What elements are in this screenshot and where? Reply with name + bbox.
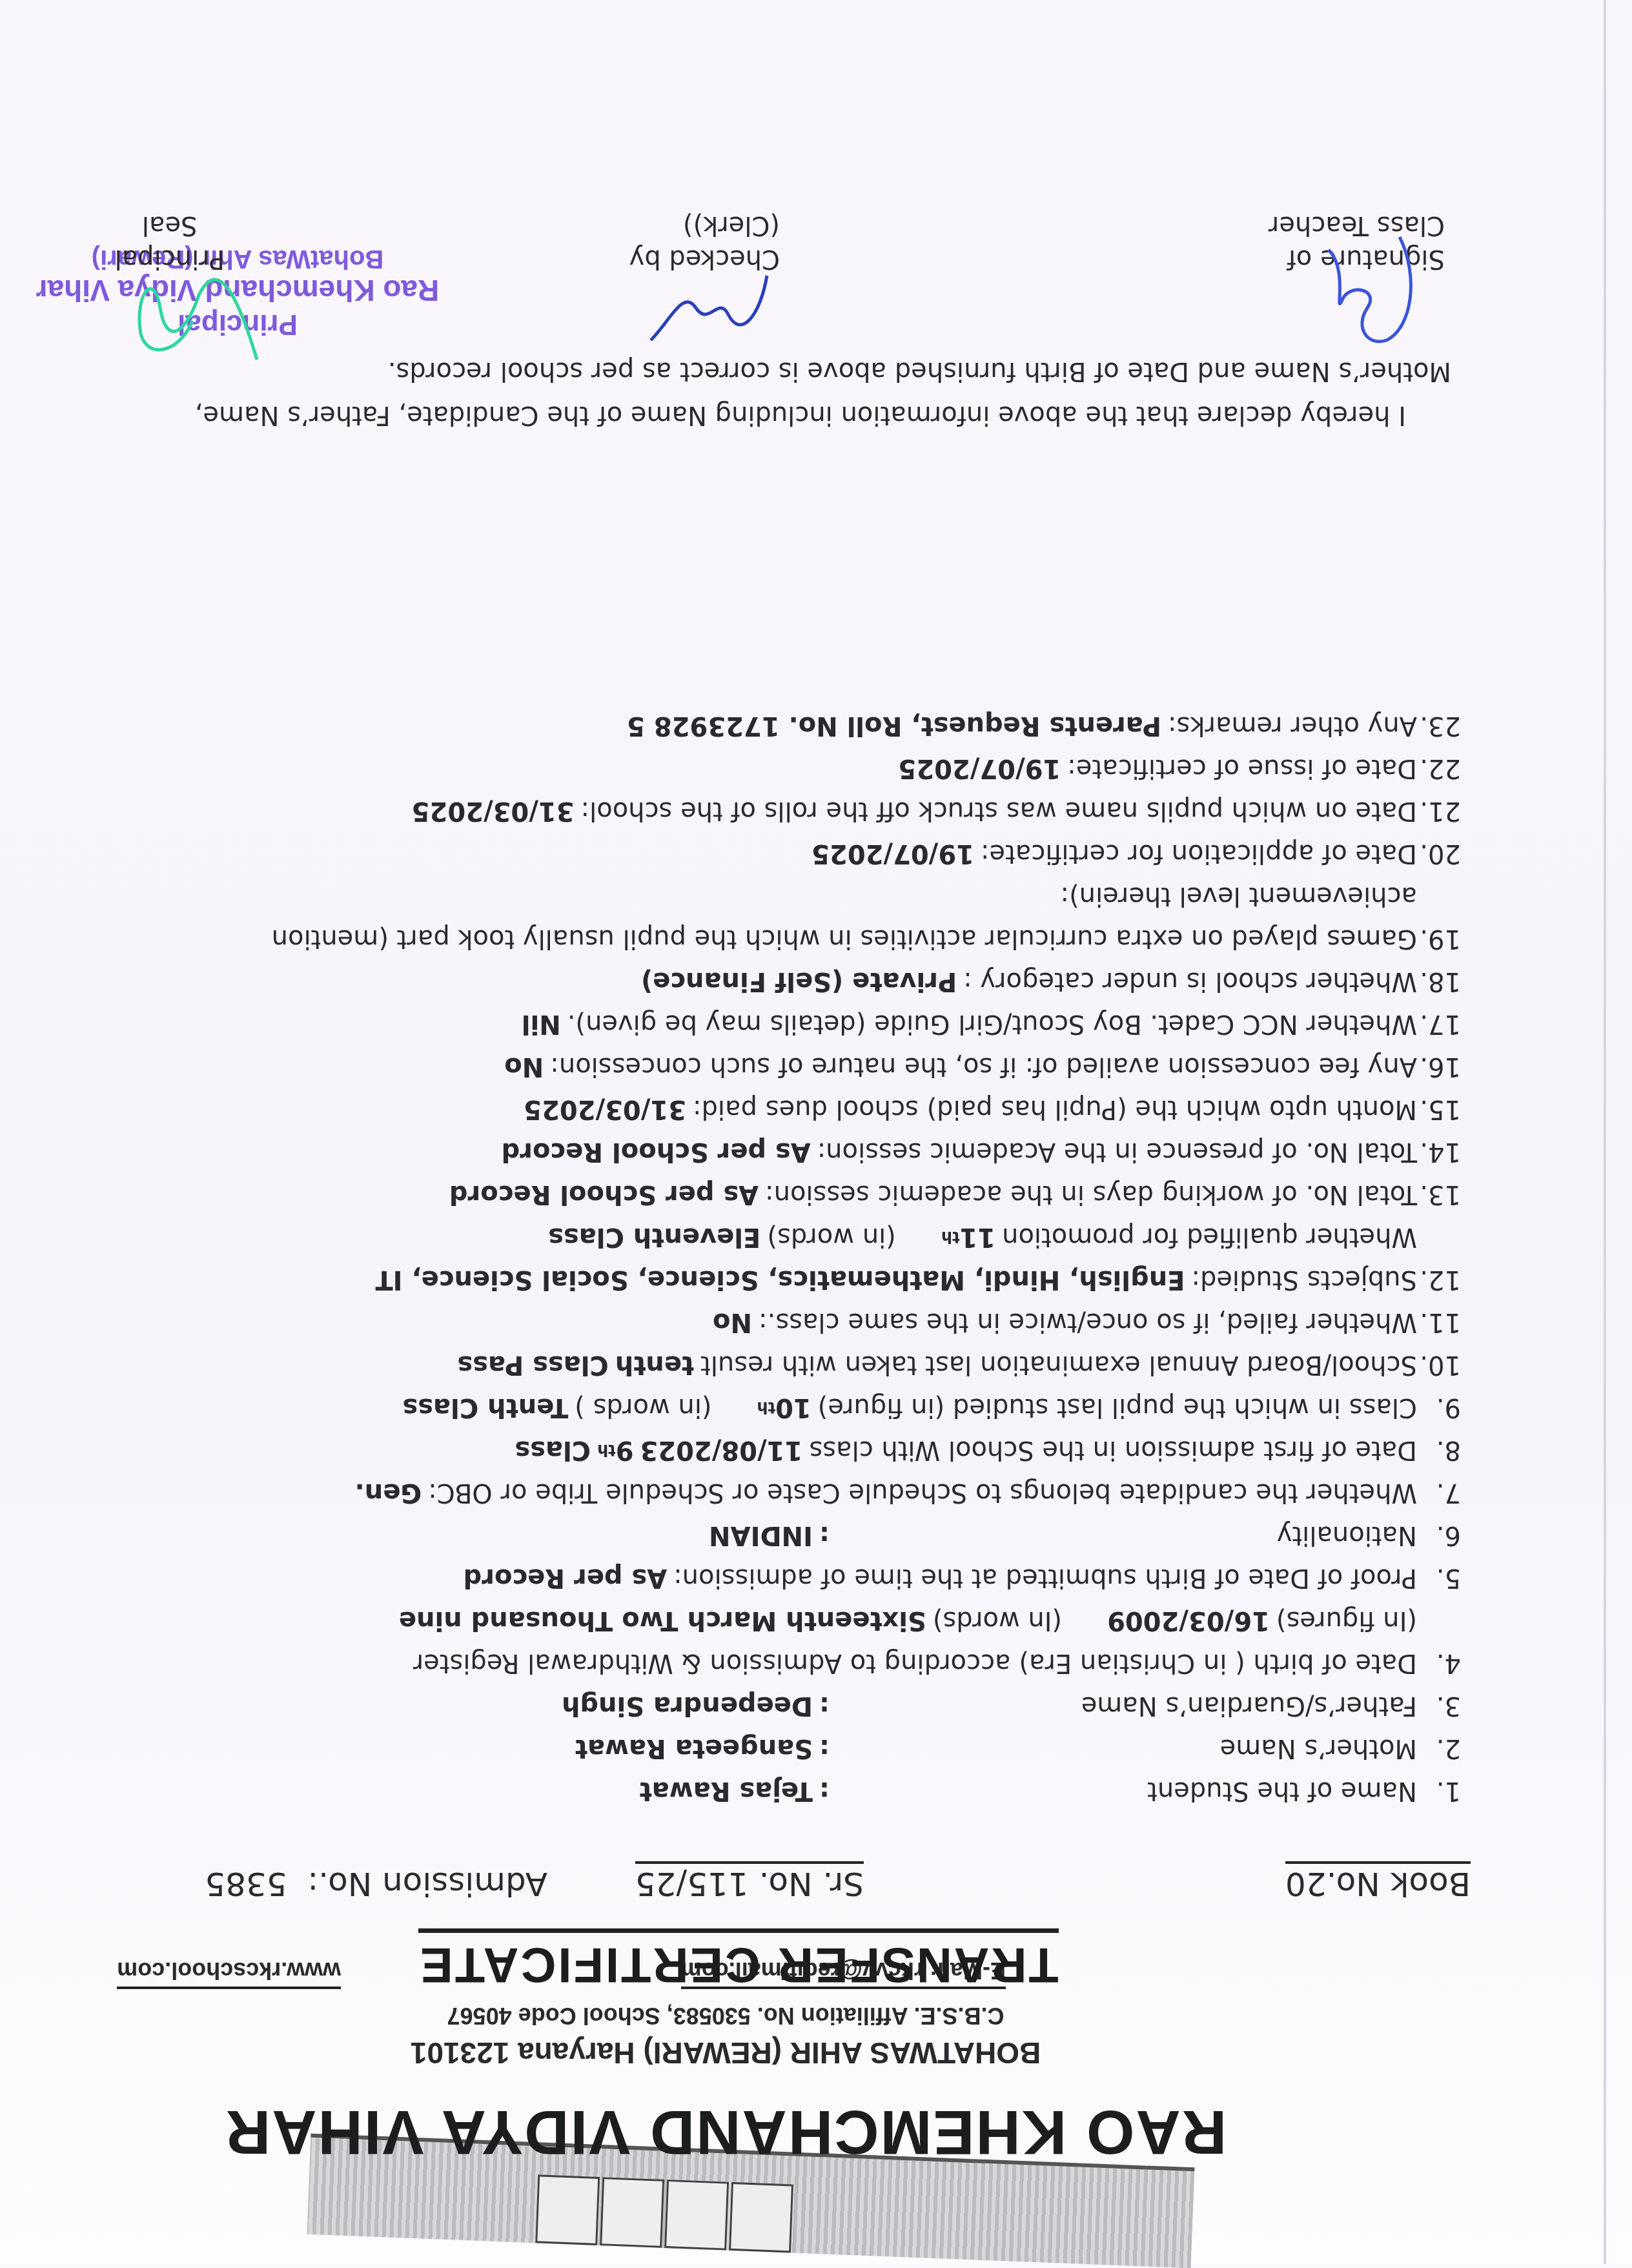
field-number: 6.: [1417, 1522, 1461, 1548]
field-number: 5.: [1417, 1565, 1461, 1591]
field-label: Date of birth ( in Christian Era) accord…: [413, 1650, 1417, 1676]
field-value: Sangeeta Rawat: [575, 1735, 813, 1761]
field-value: INDIAN: [709, 1522, 813, 1548]
field-label: Subjects Studied:: [1192, 1267, 1418, 1292]
field-colon: :: [819, 1735, 830, 1761]
field-colon: :: [819, 1778, 830, 1804]
field-label-secondary: (in words): [767, 1224, 896, 1250]
field-label: Mother’s Name: [836, 1735, 1417, 1761]
field-number: 1.: [1417, 1778, 1461, 1804]
field-number: 20.: [1417, 841, 1461, 866]
field-number: 10.: [1417, 1352, 1461, 1378]
field-row: 3.Father’s/Guardian’s Name:Deependra Sin…: [157, 1684, 1461, 1727]
field-value: As per School Record: [502, 1139, 811, 1165]
field-row: 17.Whether NCC Cadet. Boy Scout/Girl Gui…: [157, 1003, 1461, 1045]
field-row: Whether qualified for promotion11th(in w…: [157, 1216, 1461, 1258]
field-label: Total No. of presence in the Academic se…: [817, 1139, 1417, 1165]
certificate-title: TRANSFER CERTIFICATE: [0, 1928, 1632, 1993]
field-value: No: [713, 1309, 752, 1335]
field-row: 11.Whether failed, if so once/twice in t…: [157, 1301, 1461, 1343]
field-number: 13.: [1417, 1181, 1461, 1207]
field-row: 5.Proof of Date of Birth submitted at th…: [157, 1557, 1461, 1599]
field-value: As per Record: [464, 1565, 668, 1591]
school-address: BOHATWAS AHIR (REWARI) Haryana 123101: [0, 2036, 1451, 2070]
field-label: Whether school is under category :: [963, 968, 1417, 994]
field-row: 2.Mother’s Name:Sangeeta Rawat: [157, 1727, 1461, 1770]
field-label: Father’s/Guardian’s Name: [836, 1693, 1417, 1719]
field-value: tenth: [615, 1352, 694, 1378]
field-number: 17.: [1417, 1011, 1461, 1037]
field-number: 16.: [1417, 1054, 1461, 1079]
field-superscript: th: [941, 1228, 960, 1246]
field-number: 14.: [1417, 1139, 1461, 1165]
field-colon: :: [819, 1522, 830, 1548]
field-value: 10: [775, 1395, 811, 1420]
field-number: 4.: [1417, 1650, 1461, 1676]
field-number: 2.: [1417, 1735, 1461, 1761]
field-value-secondary: Sixteenth March Two Thousand nine: [399, 1608, 926, 1633]
field-value: 16/03/2009: [1107, 1608, 1270, 1633]
field-value: Deependra Singh: [562, 1693, 813, 1719]
field-value-tertiary: Class: [515, 1437, 591, 1463]
field-superscript: th: [597, 1441, 616, 1459]
principal-handwritten-signature: [121, 243, 276, 373]
field-row: 16.Any fee concession availed of: if so,…: [157, 1045, 1461, 1088]
field-number: 15.: [1417, 1096, 1461, 1122]
field-value-secondary: Eleventh Class: [548, 1224, 760, 1250]
field-value: 19/07/2025: [898, 755, 1061, 781]
field-label: achievement level therein):: [1061, 883, 1417, 909]
field-label: Whether failed, if so once/twice in the …: [759, 1309, 1417, 1335]
field-row: 14.Total No. of presence in the Academic…: [157, 1130, 1461, 1173]
field-label: Whether the candidate belongs to Schedul…: [428, 1480, 1417, 1506]
field-label: Any fee concession availed of: if so, th…: [550, 1054, 1417, 1079]
field-label: Date on which pupils name was struck off…: [581, 798, 1417, 824]
field-value: Nil: [522, 1011, 561, 1037]
field-number: 22.: [1417, 755, 1461, 781]
field-row: 10.School/Board Annual examination last …: [157, 1343, 1461, 1386]
field-number: 12.: [1417, 1267, 1461, 1292]
field-value: 31/03/2025: [524, 1096, 686, 1122]
field-number: 18.: [1417, 968, 1461, 994]
field-value-secondary: Tenth Class: [402, 1395, 568, 1420]
field-value: Private (Self Finance): [641, 968, 957, 994]
field-number: 7.: [1417, 1480, 1461, 1506]
field-row: 22.Date of issue of certificate:19/07/20…: [157, 747, 1461, 790]
field-label-secondary: (in words ): [575, 1395, 711, 1420]
declaration: I hereby declare that the above informat…: [160, 349, 1451, 437]
certificate-fields: 1.Name of the Student:Tejas Rawat2.Mothe…: [157, 704, 1461, 1812]
field-row: 6.Nationality:INDIAN: [157, 1514, 1461, 1557]
field-label: Total No. of working days in the academi…: [765, 1181, 1417, 1207]
field-number: 3.: [1417, 1693, 1461, 1719]
field-value: As per School Record: [449, 1181, 759, 1207]
field-value: Tejas Rawat: [640, 1778, 813, 1804]
field-value: 11: [959, 1224, 995, 1250]
clerk-handwritten-signature: [638, 263, 780, 353]
teacher-handwritten-signature: [1309, 224, 1425, 353]
field-row: 12.Subjects Studied:English, Hindi, Math…: [157, 1258, 1461, 1301]
book-number: Book No.20: [1285, 1861, 1471, 1903]
field-label: Date of application for certificate:: [981, 841, 1417, 866]
field-label: Proof of Date of Birth submitted at the …: [673, 1565, 1417, 1591]
field-row: achievement level therein):: [157, 875, 1461, 917]
field-value-secondary: 9: [616, 1437, 634, 1463]
field-value: No: [504, 1054, 544, 1079]
field-row: 20.Date of application for certificate:1…: [157, 832, 1461, 875]
field-row: 1.Name of the Student:Tejas Rawat: [157, 1770, 1461, 1812]
field-label-secondary: (In words): [933, 1608, 1062, 1633]
field-row: (In figures)16/03/2009(In words)Sixteent…: [157, 1599, 1461, 1642]
field-row: 23.Any other remarks:Parents Request, Ro…: [157, 704, 1461, 747]
field-label: Class in which the pupil last studied (i…: [818, 1395, 1417, 1420]
field-value: 19/07/2025: [811, 841, 974, 866]
field-value: 11/08/2023: [640, 1437, 802, 1463]
field-number: 11.: [1417, 1309, 1461, 1335]
field-row: 13.Total No. of working days in the acad…: [157, 1173, 1461, 1216]
field-number: 9.: [1417, 1395, 1461, 1420]
field-row: 18.Whether school is under category :Pri…: [157, 960, 1461, 1003]
field-label: Whether qualified for promotion: [1002, 1224, 1417, 1250]
field-label: Whether NCC Cadet. Boy Scout/Girl Guide …: [567, 1011, 1417, 1037]
field-value: Parents Request, Roll No. 1723928 5: [627, 713, 1161, 739]
field-row: 19.Games played on extra curricular acti…: [157, 917, 1461, 960]
field-label: Any other remarks:: [1168, 713, 1417, 739]
transfer-certificate-page: RAO KHEMCHAND VIDYA VIHAR BOHATWAS AHIR …: [0, 0, 1632, 2264]
field-label: Date of first admission in the School Wi…: [809, 1437, 1417, 1463]
field-label: Date of issue of certificate:: [1067, 755, 1417, 781]
field-row: 15.Month upto which the (Pupil has paid)…: [157, 1088, 1461, 1130]
field-number: 19.: [1417, 926, 1461, 952]
field-label: Nationality: [836, 1522, 1417, 1548]
school-affiliation: C.B.S.E. Affiliation No. 530583, School …: [0, 2002, 1451, 2029]
paper-edge: [1604, 0, 1606, 2264]
field-label: School/Board Annual examination last tak…: [700, 1352, 1417, 1378]
field-row: 4.Date of birth ( in Christian Era) acco…: [157, 1642, 1461, 1684]
reference-numbers: Book No.20 Sr. No. 115/25 Admission No.:…: [0, 1851, 1632, 1903]
admission-number: Admission No.: 5385: [205, 1865, 547, 1903]
field-value-secondary: Class Pass: [457, 1352, 608, 1378]
field-label: Month upto which the (Pupil has paid) sc…: [693, 1096, 1417, 1122]
field-value: English, Hindi, Mathematics, Science, So…: [375, 1267, 1185, 1292]
field-superscript: th: [757, 1398, 776, 1416]
field-label: (In figures): [1276, 1608, 1417, 1633]
field-number: 23.: [1417, 713, 1461, 739]
field-value: 31/03/2025: [412, 798, 575, 824]
field-label: Games played on extra curricular activit…: [272, 926, 1417, 952]
field-label: Name of the Student: [836, 1778, 1417, 1804]
school-name: RAO KHEMCHAND VIDYA VIHAR: [0, 2096, 1451, 2167]
field-value: Gen.: [355, 1480, 422, 1506]
field-colon: :: [819, 1693, 830, 1719]
field-row: 9.Class in which the pupil last studied …: [157, 1386, 1461, 1429]
field-row: 8.Date of first admission in the School …: [157, 1429, 1461, 1471]
field-number: 21.: [1417, 798, 1461, 824]
field-number: 8.: [1417, 1437, 1461, 1463]
field-row: 21.Date on which pupils name was struck …: [157, 790, 1461, 832]
field-row: 7.Whether the candidate belongs to Sched…: [157, 1471, 1461, 1514]
serial-number: Sr. No. 115/25: [635, 1861, 864, 1903]
